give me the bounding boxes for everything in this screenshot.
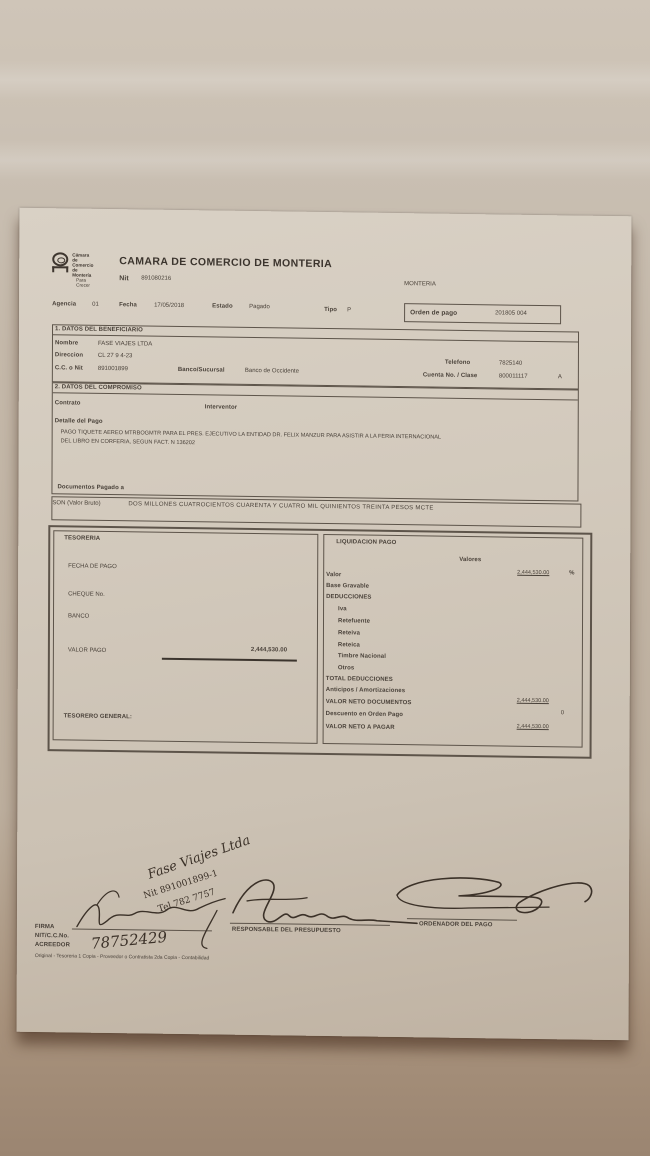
nombre-value: FASE VIAJES LTDA: [98, 341, 152, 348]
anticipos-label: Anticipos / Amortizaciones: [326, 687, 405, 694]
deduccion-timbre: Timbre Nacional: [338, 653, 386, 660]
section-title: 1. DATOS DEL BENEFICIARIO: [55, 326, 143, 333]
estado-value: Pagado: [249, 304, 270, 310]
fecha-label: Fecha: [119, 302, 137, 308]
nit-cc-label: NIT/C.C.No.: [35, 933, 69, 939]
valor-neto-pagar-value: 2,444,530.00: [517, 724, 549, 730]
detalle-label: Detalle del Pago: [55, 418, 103, 425]
valor-unit: %: [569, 570, 574, 576]
valor-neto-doc-label: VALOR NETO DOCUMENTOS: [326, 699, 412, 706]
copias-text: Original - Tesoreria 1 Copia - Proveedor…: [35, 953, 209, 961]
valor-pago-value: 2,444,530.00: [251, 647, 287, 654]
estado-label: Estado: [212, 303, 233, 309]
fecha-value: 17/05/2018: [154, 303, 184, 309]
liquidacion-title: LIQUIDACION PAGO: [336, 539, 396, 546]
cc-label: C.C. o Nit: [55, 365, 83, 371]
payment-panels: TESORERIA FECHA DE PAGO CHEQUE No. BANCO…: [48, 525, 593, 759]
tipo-label: Tipo: [324, 307, 337, 313]
cc-value: 891001899: [98, 366, 128, 372]
son-box: SON (Valor Bruto) DOS MILLONES CUATROCIE…: [51, 496, 581, 527]
deducciones-label: DEDUCCIONES: [326, 594, 371, 601]
detalle-line-2: DEL LIBRO EN CORFERIA, SEGUN FACT. N 136…: [61, 438, 195, 446]
cheque-label: CHEQUE No.: [68, 591, 105, 598]
orden-value: 201805 004: [495, 310, 527, 316]
cuenta-clase: A: [558, 374, 562, 380]
payment-order-document: Cámara de Comercio de Montería Para Crec…: [17, 208, 632, 1041]
son-label: SON (Valor Bruto): [52, 500, 100, 507]
agencia-value: 01: [92, 302, 99, 308]
tipo-value: P: [347, 307, 351, 313]
deduccion-iva: Iva: [338, 606, 347, 612]
deduccion-reteica: Reteica: [338, 642, 360, 648]
base-gravable-label: Base Gravable: [326, 583, 369, 590]
deduccion-retefuente: Retefuente: [338, 618, 370, 624]
orden-pago-box: Orden de pago 201805 004: [404, 303, 561, 324]
firma-label: FIRMA: [35, 924, 55, 930]
tesoreria-panel: TESORERIA FECHA DE PAGO CHEQUE No. BANCO…: [53, 530, 319, 744]
valores-header: Valores: [459, 557, 481, 563]
tesorero-label: TESORERO GENERAL:: [64, 713, 132, 720]
compromiso-section: 2. DATOS DEL COMPROMISO Contrato Interve…: [51, 382, 578, 501]
cuenta-value: 800011117: [499, 373, 528, 379]
tesoreria-title: TESORERIA: [64, 535, 100, 542]
contrato-label: Contrato: [55, 400, 81, 406]
logo-icon: [52, 252, 68, 266]
banco-value: Banco de Occidente: [245, 368, 299, 375]
creditor-signature: [67, 868, 247, 951]
beneficiario-section: 1. DATOS DEL BENEFICIARIO Nombre FASE VI…: [52, 324, 579, 389]
telefono-label: Telefono: [445, 360, 470, 366]
telefono-value: 7825140: [499, 360, 522, 366]
deduccion-otros: Otros: [338, 665, 355, 671]
ordenador-signature: [389, 865, 609, 928]
fecha-pago-label: FECHA DE PAGO: [68, 563, 117, 570]
son-value: DOS MILLONES CUATROCIENTOS CUARENTA Y CU…: [128, 501, 433, 511]
banco-label: Banco/Sucursal: [178, 367, 225, 374]
city: MONTERIA: [404, 281, 436, 287]
acreedor-label: ACREEDOR: [35, 942, 70, 948]
section-title: 2. DATOS DEL COMPROMISO: [55, 384, 142, 391]
descuento-label: Descuento en Orden Pago: [326, 711, 403, 718]
valor-value: 2,444,530.00: [517, 570, 549, 576]
nit-label: Nit: [119, 275, 129, 282]
valor-label: Valor: [326, 572, 341, 578]
valor-neto-pagar-label: VALOR NETO A PAGAR: [326, 724, 395, 731]
background-fold: [0, 60, 650, 100]
deduccion-reteiva: Reteiva: [338, 630, 360, 636]
banco-label: BANCO: [68, 613, 89, 619]
descuento-value: 0: [561, 710, 564, 716]
page-title: CAMARA DE COMERCIO DE MONTERIA: [119, 255, 332, 270]
direccion-label: Direccion: [55, 352, 83, 358]
documentos-label: Documentos Pagado a: [57, 484, 124, 491]
cuenta-label: Cuenta No. / Clase: [423, 372, 478, 379]
orden-label: Orden de pago: [410, 309, 457, 317]
nombre-label: Nombre: [55, 340, 78, 346]
direccion-value: CL 27 9 4-23: [98, 353, 132, 359]
valor-neto-doc-value: 2,444,530.00: [517, 698, 549, 704]
total-deducciones-label: TOTAL DEDUCCIONES: [326, 676, 393, 683]
valor-pago-underline: [162, 658, 297, 661]
liquidacion-panel: LIQUIDACION PAGO Valores Valor 2,444,530…: [323, 534, 584, 748]
logo-line: Para Crecer: [72, 277, 93, 287]
valor-pago-label: VALOR PAGO: [68, 647, 106, 654]
interventor-label: Interventor: [205, 404, 237, 410]
background-fold: [0, 140, 650, 180]
logo-line: de Montería: [72, 267, 93, 277]
nit-value: 891080216: [141, 275, 171, 281]
logo-line: Cámara de: [72, 252, 93, 262]
agencia-label: Agencia: [52, 301, 76, 307]
